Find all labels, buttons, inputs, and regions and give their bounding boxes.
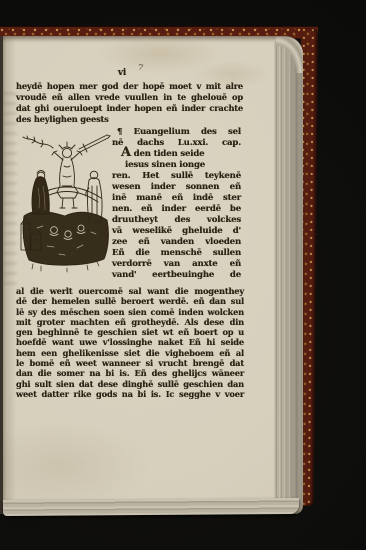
text-line: verdorrē van anxte eñ xyxy=(112,259,241,270)
hatched-ground xyxy=(23,211,108,265)
text-line: iesus sinen ionge xyxy=(112,160,241,171)
text-line: hoefdē want uwe v'lossinghe naket Eñ hi … xyxy=(16,337,244,347)
bottom-page-edges xyxy=(3,498,299,516)
closing-paragraph: al die werlt ouercomē sal want die mogen… xyxy=(16,286,244,399)
page-corner-curl xyxy=(276,37,303,73)
text-line: hem een ghelikenisse siet die vigheboem … xyxy=(16,348,244,358)
text-line: le bomē eñ weet wanneer si vrucht brengē… xyxy=(16,358,244,368)
text-line: dat ghi oueruloept inder hopen eñ inder … xyxy=(16,103,243,114)
text-line: weet datter rike gods na bi is. Ic seggh… xyxy=(16,389,244,399)
text-line: inē manē eñ indē ster xyxy=(112,193,241,204)
gospel-heading-line: nē dachs Lu.xxi. cap. xyxy=(112,138,241,149)
text-line: A den tiden seide xyxy=(112,149,241,160)
kneeling-mary-figure xyxy=(32,171,49,215)
text-line: vand' eertbeuinghe de xyxy=(112,270,241,281)
text-line: des heylighen geests xyxy=(16,114,243,125)
text-line: vroudē eñ allen vrede vuullen in te ghel… xyxy=(16,92,243,103)
opening-paragraph: heydē hopen mer god der hopē moet v mit … xyxy=(16,81,243,125)
text-line: Eñ die menschē sullen xyxy=(112,248,241,259)
text-line: gen beghinnē te geschien siet wt eñ boer… xyxy=(16,327,244,337)
folio-number: vi xyxy=(16,68,228,78)
text-line: zee eñ vanden vloeden xyxy=(112,237,241,248)
text-line: dē der hemelen sullē beroert werdē. eñ d… xyxy=(16,296,244,306)
book-scan-photo: vi 7 heydē hopen mer god der hopē moet v… xyxy=(0,0,366,550)
text-line: vā weselikē gheluide d' xyxy=(112,226,241,237)
christ-figure xyxy=(52,142,82,208)
last-judgement-woodcut xyxy=(17,128,117,288)
text-line: wesen inder sonnen eñ xyxy=(112,182,241,193)
text-line: lē sy des mēschen soen sien comē inden w… xyxy=(16,307,244,317)
lily-icon xyxy=(23,136,53,148)
sword-icon xyxy=(79,135,110,152)
text-line: druutheyt des volckes xyxy=(112,215,241,226)
text-line: heydē hopen mer god der hopē moet v mit … xyxy=(16,81,243,92)
text-line: ren. Het sullē teykenē xyxy=(112,171,241,182)
text-showthrough xyxy=(2,92,17,292)
text-line: nen. eñ inder eerdē be xyxy=(112,204,241,215)
gospel-heading-line: ¶ Euangelium des sel xyxy=(112,127,241,138)
text-line: mit groter machten eñ grotheydē. Als des… xyxy=(16,317,244,327)
text-line: ghi sult sien dat dese dinghē sullē gesc… xyxy=(16,379,244,389)
text-line: dan die somer na bi is. Eñ des ghelijcs … xyxy=(16,368,244,378)
text-line: al die werlt ouercomē sal want die mogen… xyxy=(16,286,244,296)
fore-edge-pages xyxy=(274,40,303,508)
gospel-column: ¶ Euangelium des sel nē dachs Lu.xxi. ca… xyxy=(112,127,241,281)
